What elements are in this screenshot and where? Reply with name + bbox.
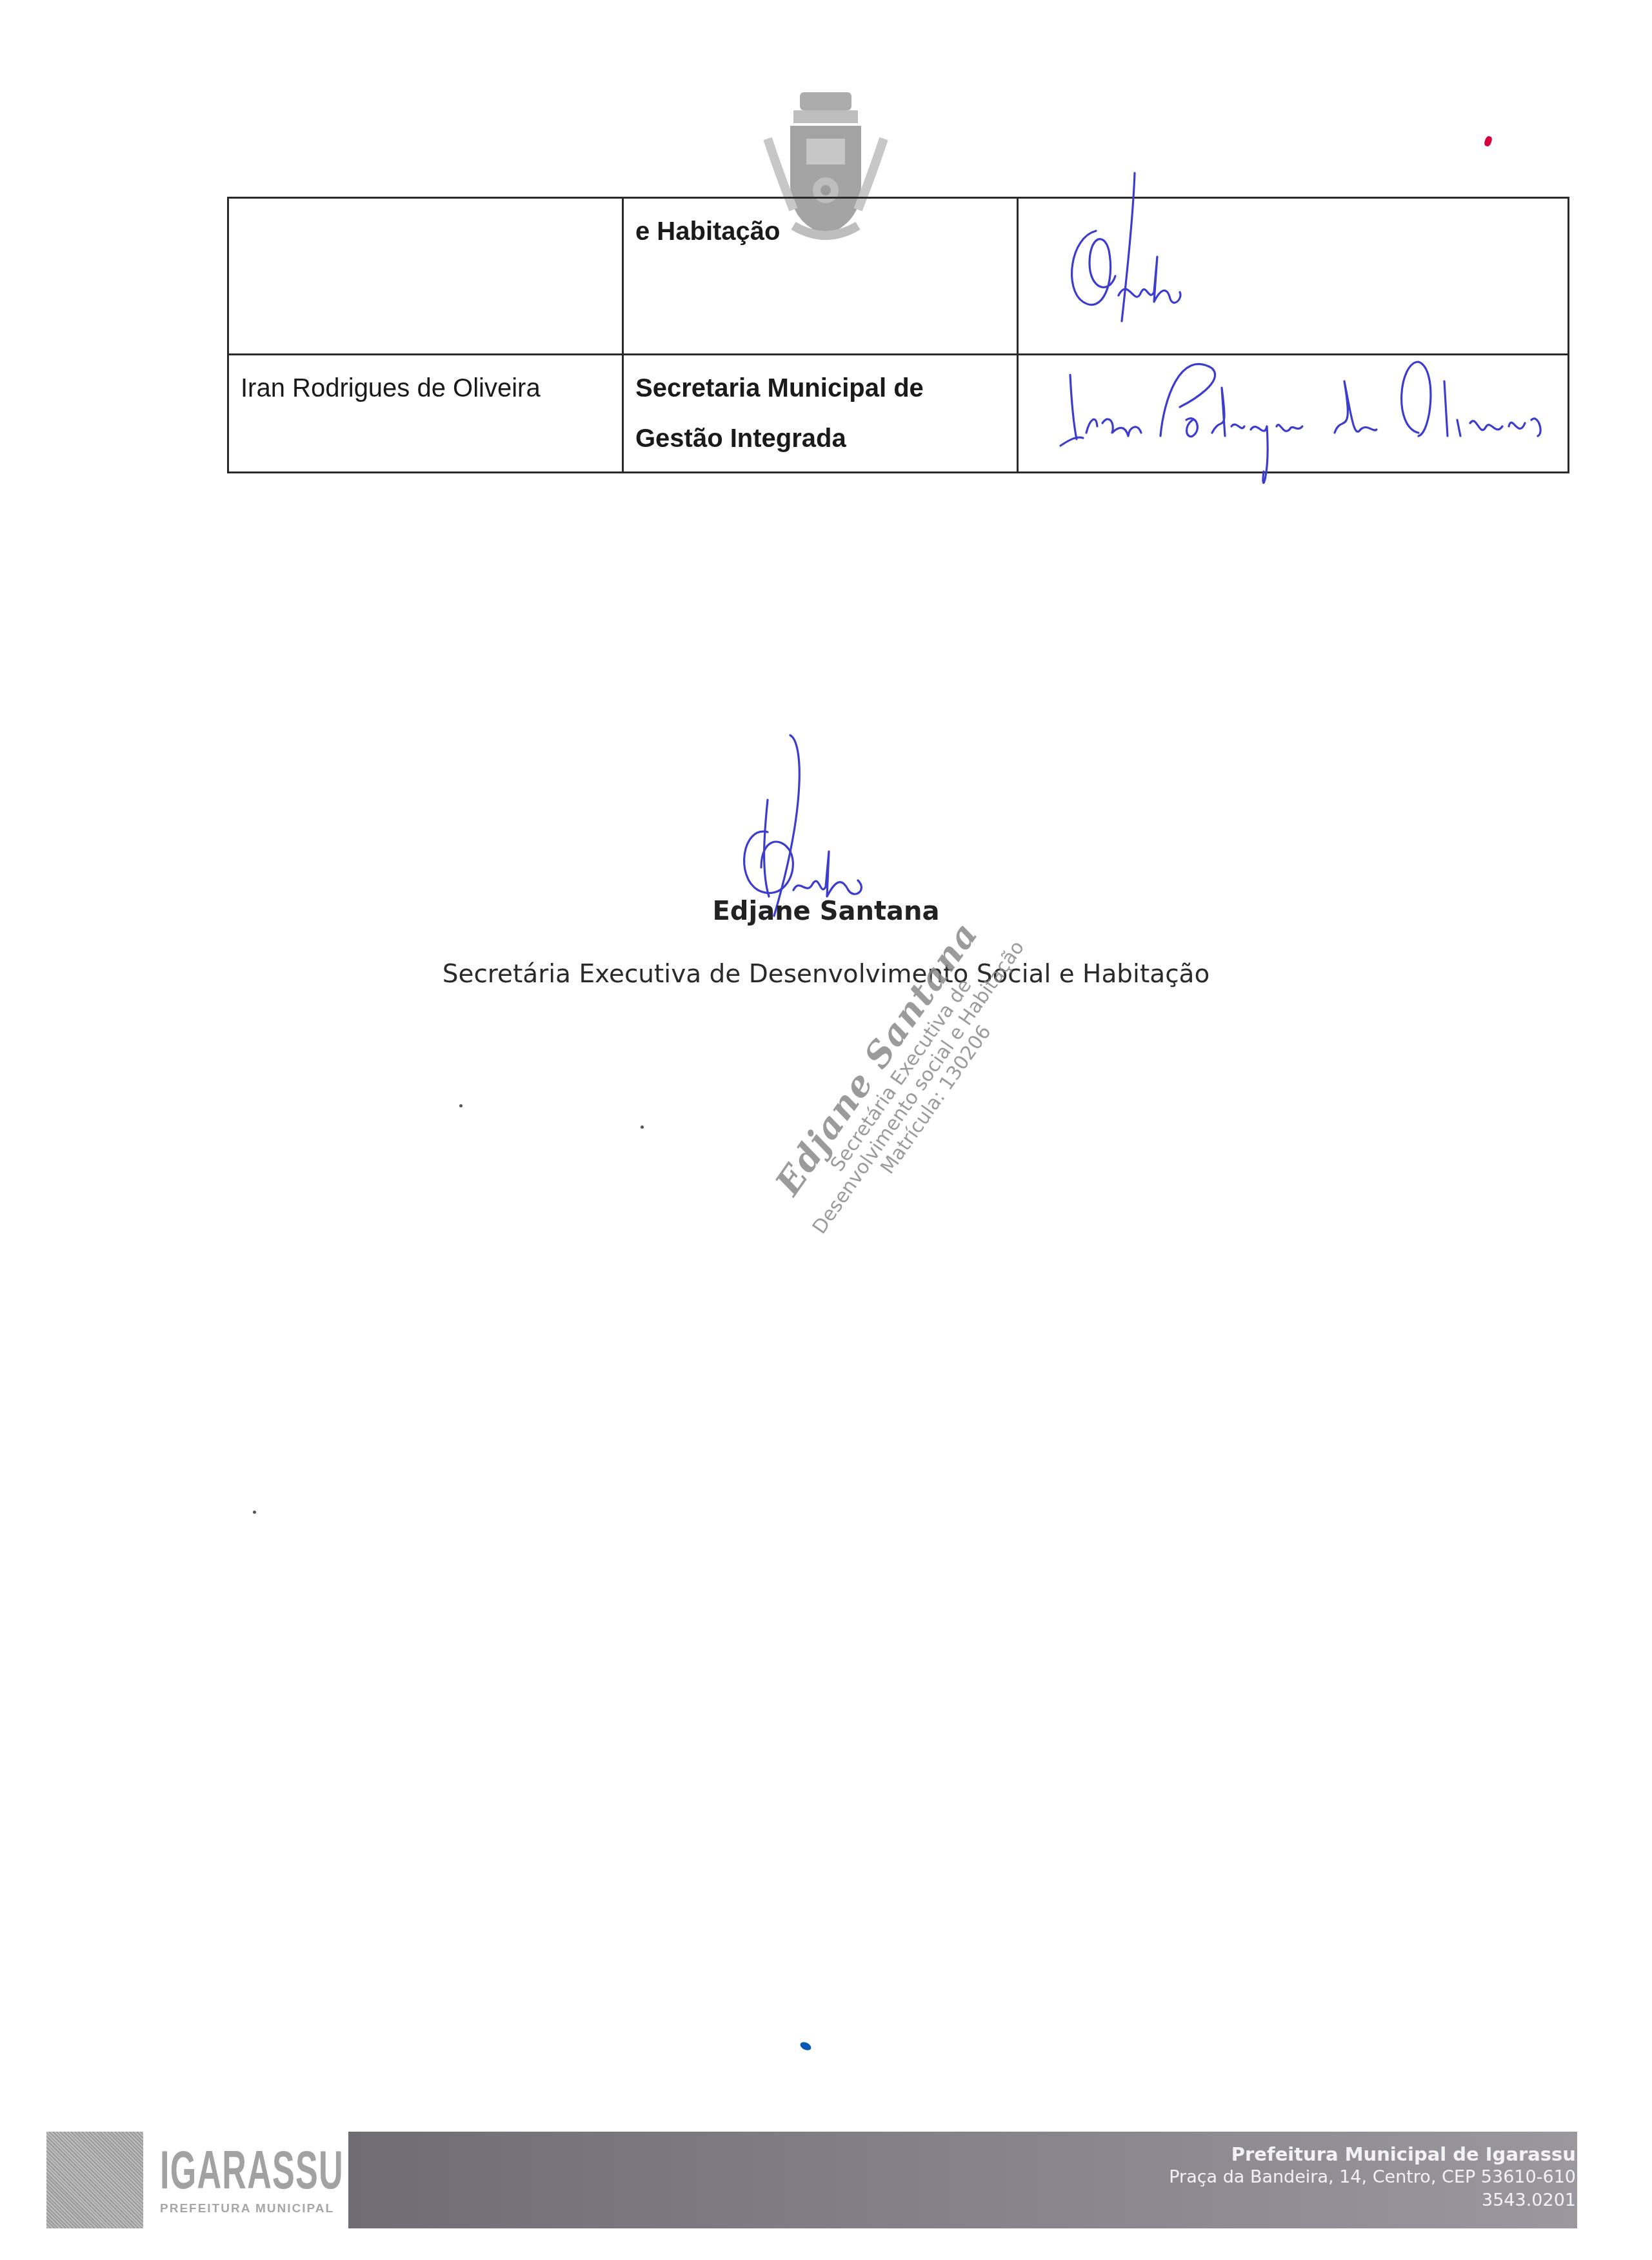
- department-line: Secretaria Municipal de: [635, 363, 1005, 413]
- signature-cell: [1018, 198, 1569, 355]
- department-line: e Habitação: [635, 206, 1005, 257]
- footer-contact: Prefeitura Municipal de Igarassu Praça d…: [1169, 2143, 1576, 2212]
- signature-cell: [1018, 355, 1569, 473]
- department-text: Secretaria Municipal de: [635, 363, 924, 413]
- footer-phone: 3543.0201: [1169, 2189, 1576, 2212]
- name-cell: [228, 198, 623, 355]
- table-row: Iran Rodrigues de Oliveira Secretaria Mu…: [228, 355, 1569, 473]
- department-line: Gestão Integrada: [635, 413, 1005, 464]
- scan-speck: [641, 1125, 644, 1129]
- scan-speck: [459, 1104, 463, 1107]
- signer-name: Edjane Santana: [0, 897, 1652, 926]
- scan-speck: [253, 1511, 256, 1514]
- handwritten-signature-iran: [1057, 349, 1548, 478]
- handwritten-signature-edjane: [697, 729, 916, 922]
- name-cell: Iran Rodrigues de Oliveira: [228, 355, 623, 473]
- brand-name: IGARASSU: [160, 2143, 268, 2197]
- department-cell: e Habitação: [623, 198, 1018, 355]
- footer-org: Prefeitura Municipal de Igarassu: [1169, 2143, 1576, 2166]
- ink-speck: [1484, 135, 1493, 147]
- official-stamp: Edjane Santana Secretária Executiva de D…: [761, 929, 1032, 1200]
- ink-speck: [799, 2041, 813, 2052]
- stamp-line: Secretária Executiva de: [789, 921, 1013, 1229]
- signature-table: e Habitação Iran Rodrigues de Oliveira S…: [227, 197, 1569, 473]
- footer-brand: IGARASSU PREFEITURA MUNICIPAL: [160, 2143, 334, 2216]
- brand-subtitle: PREFEITURA MUNICIPAL: [160, 2202, 334, 2216]
- footer-crest-icon: [46, 2132, 143, 2228]
- footer-address: Praça da Bandeira, 14, Centro, CEP 53610…: [1169, 2166, 1576, 2189]
- department-cell: Secretaria Municipal de Gestão Integrada: [623, 355, 1018, 473]
- handwritten-signature-edjane: [1057, 173, 1225, 341]
- table-row: e Habitação: [228, 198, 1569, 355]
